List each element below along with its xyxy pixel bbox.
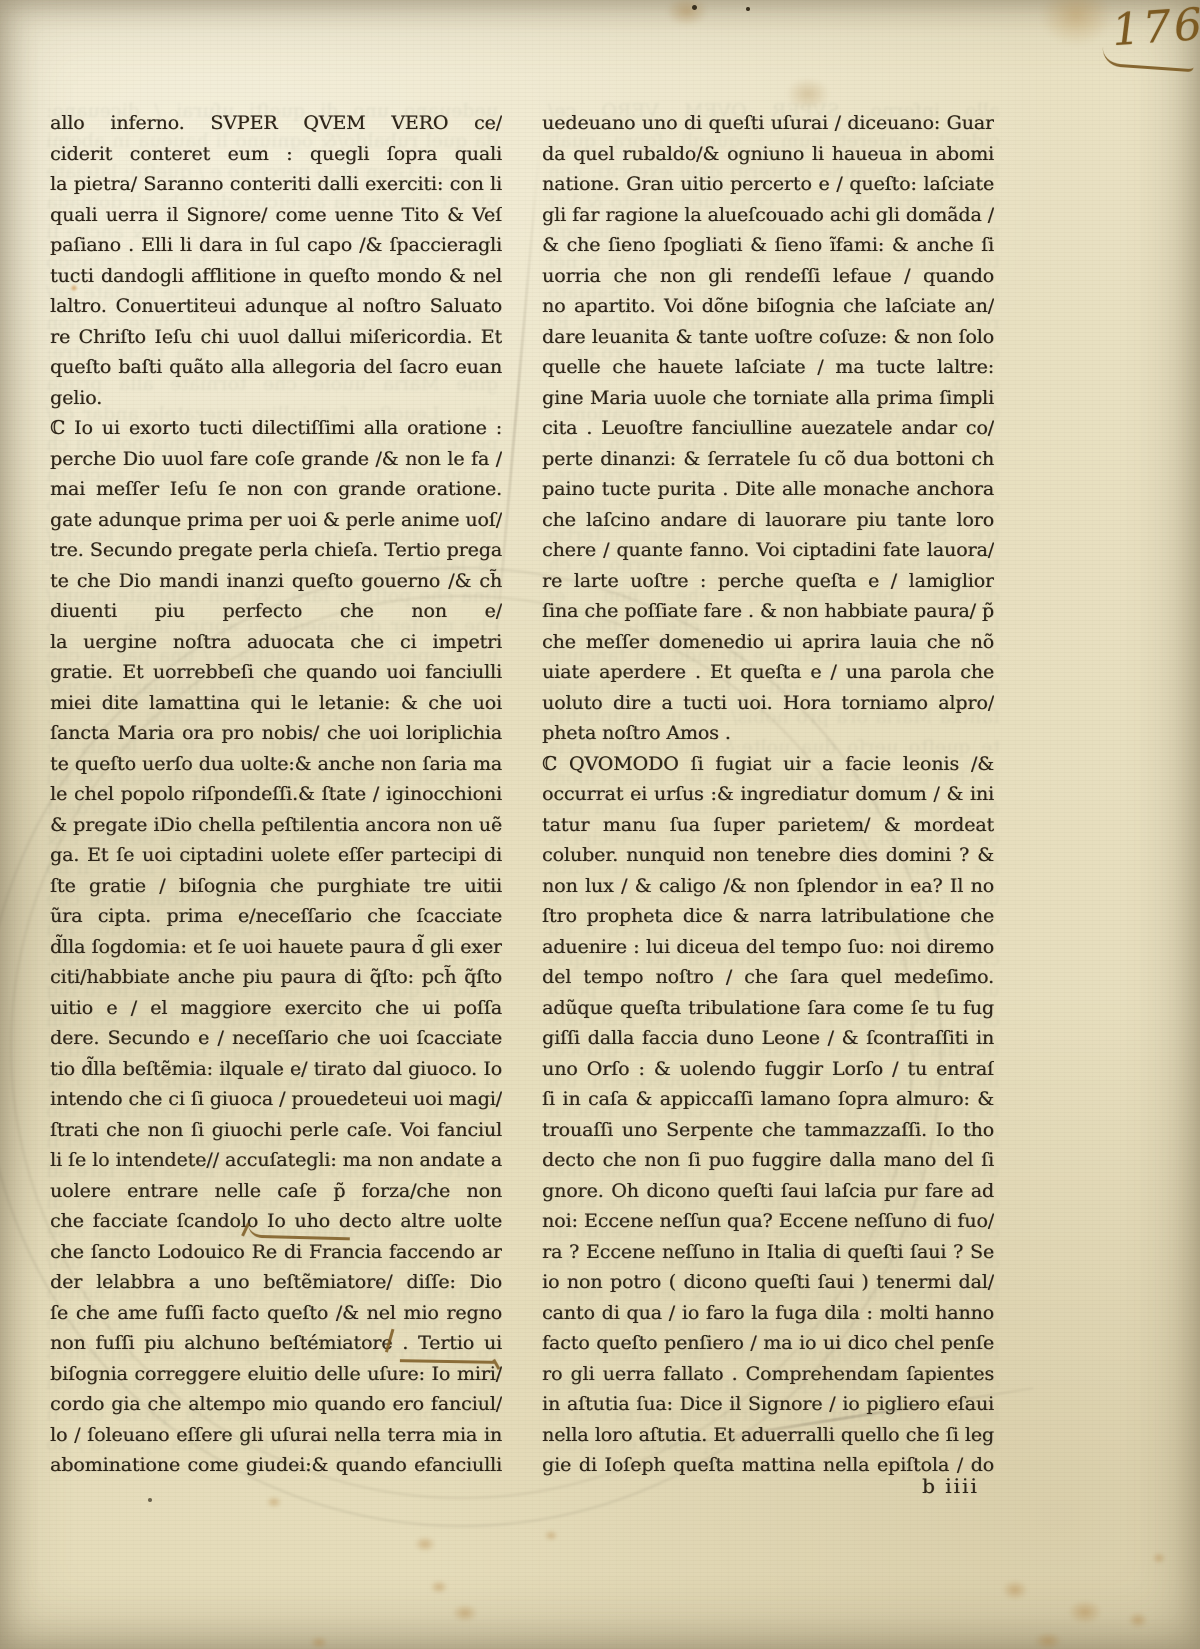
foxing-spot — [430, 1580, 448, 1594]
text-line: la uergine noſtra aduocata che ci impetr… — [50, 627, 502, 658]
text-line: trouaſſi uno Serpente che tammazzaſſi. I… — [542, 1115, 994, 1146]
text-line: canto di qua / io faro la fuga dila : mo… — [542, 1298, 994, 1329]
quire-signature: b iiii — [922, 1474, 979, 1498]
foxing-spot — [1152, 1552, 1166, 1564]
text-line: non lux / & caligo /& non ſplendor in ea… — [542, 871, 994, 902]
text-line: ℂ Io ui exorto tucti dilectiſſimi alla o… — [50, 413, 502, 444]
text-line: noi: Eccene neſſun qua? Eccene neſſuno d… — [542, 1206, 994, 1237]
text-line: miei dite lamattina qui le letanie: & ch… — [50, 688, 502, 719]
text-line: che laſcino andare di lauorare piu tante… — [542, 505, 994, 536]
text-line: abominatione come giudei:& quando efanci… — [50, 1450, 502, 1481]
text-line: adũque queſta tribulatione ſara come ſe … — [542, 993, 994, 1024]
text-line: ũra cipta. prima e/neceſſario che ſcacci… — [50, 901, 502, 932]
text-line: laltro. Conuertiteui adunque al noſtro S… — [50, 291, 502, 322]
text-line: re Chriſto Ieſu chi uuol dallui miſerico… — [50, 322, 502, 353]
foxing-spot — [452, 1604, 478, 1622]
text-line: perche Dio uuol fare coſe grande /& non … — [50, 444, 502, 475]
ink-speck — [148, 1498, 152, 1502]
text-line: biſognia correggere eluitio delle uſure:… — [50, 1359, 502, 1390]
text-line: ſtro propheta dice & narra latribulation… — [542, 901, 994, 932]
text-line: che meſſer domenedio ui aprira lauia che… — [542, 627, 994, 658]
text-line: uorria che non gli rendeſſi lefaue / qua… — [542, 261, 994, 292]
foxing-spot — [310, 1636, 328, 1649]
text-line: tatur manu ſua ſuper parietem/ & mordeat… — [542, 810, 994, 841]
foxing-spot — [414, 1536, 436, 1552]
marginal-annotation-underline — [400, 1347, 496, 1364]
text-line: uolere entrare nelle caſe p̃ forza/che n… — [50, 1176, 502, 1207]
text-line: ſe che ame fuſſi facto queſto /& nel mio… — [50, 1298, 502, 1329]
text-line: te che Dio mandi inanzi queſto gouerno /… — [50, 566, 502, 597]
text-line: dare leuanita & tante uoſtre coſuze: & n… — [542, 322, 994, 353]
ink-speck — [692, 5, 697, 10]
text-line: intendo che ci ſi giuoca / prouedeteui u… — [50, 1084, 502, 1115]
text-line: der lelabbra a uno beſtẽmiatore/ diſſe: … — [50, 1267, 502, 1298]
text-line: aduenire : lui diceua del tempo ſuo: noi… — [542, 932, 994, 963]
text-line: tucti dandogli afflitione in queſto mond… — [50, 261, 502, 292]
text-line: natione. Gran uitio percerto e / queſto:… — [542, 169, 994, 200]
text-line: da quel rubaldo/& ogniuno li haueua in a… — [542, 139, 994, 170]
text-line: citi/habbiate anche piu paura di q̃ſto: … — [50, 962, 502, 993]
text-line: ra ? Eccene neſſuno in Italia di queſti … — [542, 1237, 994, 1268]
text-line: del tempo noſtro / che ſara quel medeſim… — [542, 962, 994, 993]
text-line: quali uerra il Signore/ come uenne Tito … — [50, 200, 502, 231]
text-line: re larte uoſtre : perche queſta e / lami… — [542, 566, 994, 597]
text-line: chere / quante fanno. Voi ciptadini fate… — [542, 535, 994, 566]
text-line: facto queſto penſiero / ma io ui dico ch… — [542, 1328, 994, 1359]
text-line: ſancta Maria ora pro nobis/ che uoi lori… — [50, 718, 502, 749]
stain — [1040, 0, 1112, 46]
foxing-spot — [266, 1496, 282, 1508]
text-line: & che ſieno ſpogliati & ſieno ĩfami: & a… — [542, 230, 994, 261]
text-line: uiate aperdere . Et queſta e / una parol… — [542, 657, 994, 688]
text-line: cordo gia che altempo mio quando ero fan… — [50, 1389, 502, 1420]
text-line: in aſtutia ſua: Dice il Signore / io pig… — [542, 1389, 994, 1420]
text-line: gnore. Oh dicono queſti ſaui laſcia pur … — [542, 1176, 994, 1207]
text-line: che ſancto Lodouico Re di Francia faccen… — [50, 1237, 502, 1268]
foxing-spot — [544, 1530, 558, 1541]
text-line: ſi in caſa & appiccaſſi lamano ſopra alm… — [542, 1084, 994, 1115]
marginal-annotation-underline — [248, 1223, 350, 1241]
text-line: ſina che poſſiate fare . & non habbiate … — [542, 596, 994, 627]
text-line: cita . Leuoſtre fanciulline auezatele an… — [542, 413, 994, 444]
text-line: quelle che hauete laſciate / ma tucte la… — [542, 352, 994, 383]
text-line: ℂ QVOMODO ſi fugiat uir a facie leonis /… — [542, 749, 994, 780]
foxing-spot — [1034, 1632, 1062, 1649]
text-line: no apartito. Voi dõne biſognia che laſci… — [542, 291, 994, 322]
text-line: uitio e / el maggiore exercito che ui po… — [50, 993, 502, 1024]
text-line: ciderit conteret eum : quegli ſopra qual… — [50, 139, 502, 170]
text-line: d̃lla ſogdomia: et ſe uoi hauete paura d… — [50, 932, 502, 963]
text-line: uedeuano uno di queſti uſurai / diceuano… — [542, 108, 994, 139]
text-line: paſiano . Elli li dara in ſul capo /& ſp… — [50, 230, 502, 261]
ink-speck — [746, 7, 750, 11]
foxing-spot — [1128, 1612, 1148, 1628]
text-line: mai meſſer Ieſu ſe non con grande oratio… — [50, 474, 502, 505]
text-line: decto che non ſi puo fuggire dalla mano … — [542, 1145, 994, 1176]
text-line: coluber. nunquid non tenebre dies domini… — [542, 840, 994, 871]
stain — [666, 0, 708, 26]
text-line: giſſi dalla faccia duno Leone / & ſcontr… — [542, 1023, 994, 1054]
text-line: uno Orſo : & uolendo fuggir Lorſo / tu e… — [542, 1054, 994, 1085]
foxing-spot — [1002, 1580, 1028, 1600]
text-line: ga. Et ſe uoi ciptadini uolete eſſer par… — [50, 840, 502, 871]
text-line: la pietra/ Saranno conteriti dalli exerc… — [50, 169, 502, 200]
text-line: le chel popolo riſpondeſſi.& ſtate / igi… — [50, 779, 502, 810]
incunabulum-page-scan: uedeuano uno di queſti uſurai / diceuano… — [0, 0, 1200, 1649]
text-line: gelio. — [50, 383, 502, 414]
text-line: io non potro ( dicono queſti ſaui ) tene… — [542, 1267, 994, 1298]
text-line: occurrat ei urſus :& ingrediatur domum /… — [542, 779, 994, 810]
text-line: tre. Secundo pregate perla chieſa. Terti… — [50, 535, 502, 566]
text-line: paino tucte purita . Dite alle monache a… — [542, 474, 994, 505]
text-line: allo inferno. SVPER QVEM VERO ce/ — [50, 108, 502, 139]
text-column-left: allo inferno. SVPER QVEM VERO ce/ciderit… — [50, 108, 502, 1481]
text-line: li ſe lo intendete// accuſategli: ma non… — [50, 1145, 502, 1176]
text-line: lo / ſoleuano eſſere gli uſurai nella te… — [50, 1420, 502, 1451]
text-line: perte dinanzi: & ſerratele ſu cõ dua bot… — [542, 444, 994, 475]
text-line: dere. Secundo e / neceſſario che uoi ſca… — [50, 1023, 502, 1054]
text-line: te queſto uerſo dua uolte:& anche non ſa… — [50, 749, 502, 780]
text-line: pheta noſtro Amos . — [542, 718, 994, 749]
text-line: queſto baſti quãto alla allegoria del ſa… — [50, 352, 502, 383]
text-line: diuenti piu perfecto che non e/ pregate/… — [50, 596, 502, 627]
text-line: nella loro aſtutia. Et aduerralli quello… — [542, 1420, 994, 1451]
text-line: ſte gratie / biſognia che purghiate tre … — [50, 871, 502, 902]
text-line: ro gli uerra fallato . Comprehendam ſapi… — [542, 1359, 994, 1390]
text-line: gli far ragione la alueſcouado achi gli … — [542, 200, 994, 231]
text-column-right: uedeuano uno di queſti uſurai / diceuano… — [542, 108, 994, 1481]
text-line: gine Maria uuole che torniate alla prima… — [542, 383, 994, 414]
foxing-spot — [1068, 1600, 1102, 1624]
text-line: ſtrati che non ſi giuochi perle caſe. Vo… — [50, 1115, 502, 1146]
text-line: tio d̃lla beſtẽmia: ilquale e/ tirato da… — [50, 1054, 502, 1085]
text-line: uoluto dire a tucti uoi. Hora torniamo a… — [542, 688, 994, 719]
text-line: gratie. Et uorrebbeſi che quando uoi fan… — [50, 657, 502, 688]
text-line: gate adunque prima per uoi & perle anime… — [50, 505, 502, 536]
text-line: & pregate iDio chella peſtilentia ancora… — [50, 810, 502, 841]
